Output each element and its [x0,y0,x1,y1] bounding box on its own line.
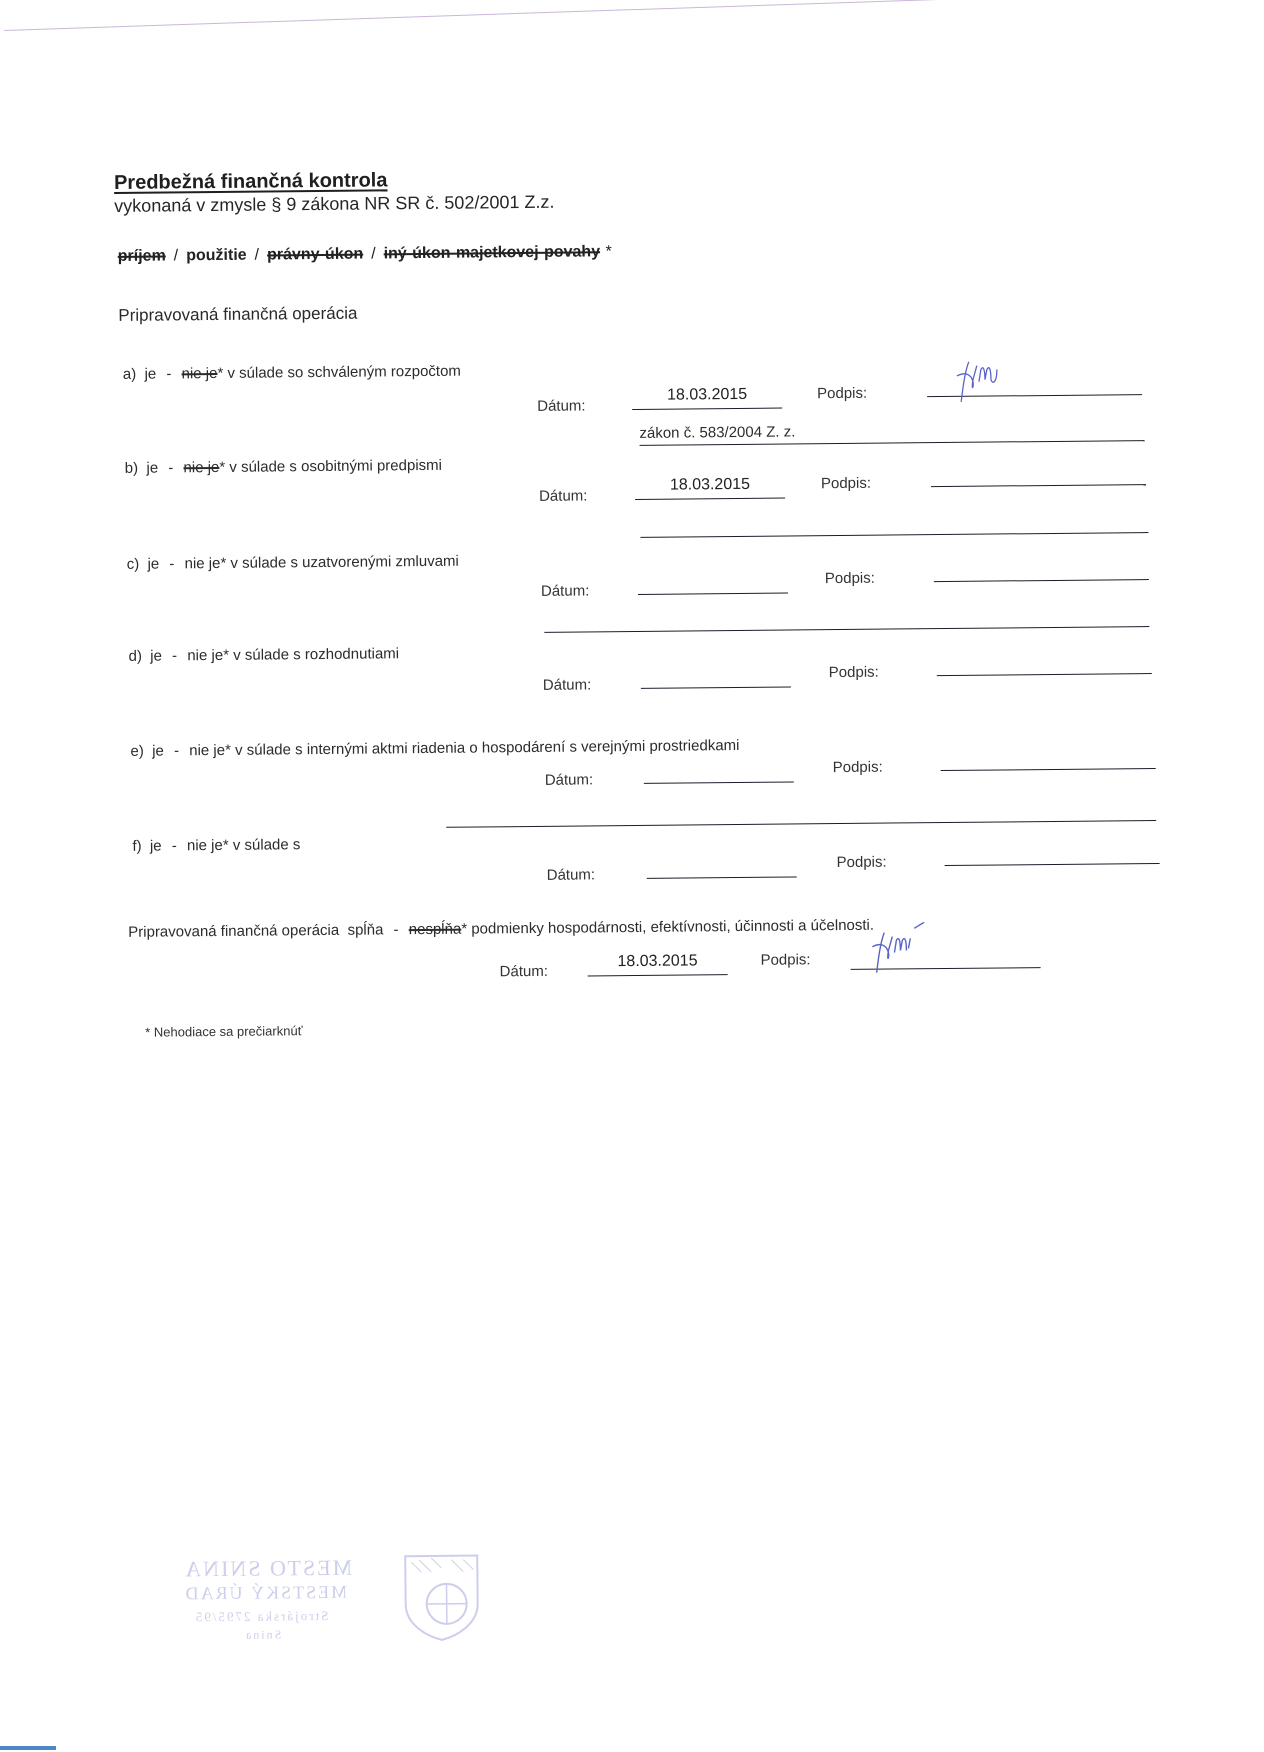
item-text: v súlade s osobitnými predpismi [229,457,442,476]
item-date-label: Dátum: [543,676,592,693]
item-no: nie je [187,647,223,664]
operation-type-options: príjem/použitie/právny úkon/iný úkon maj… [118,243,612,266]
item-date-line [638,593,788,595]
conclusion-date-line [588,974,728,976]
item-text: v súlade s internými aktmi riadenia o ho… [235,737,740,759]
item-signature-label: Podpis: [825,570,875,587]
item-date-label: Dátum: [537,397,586,414]
item-date-value[interactable]: 18.03.2015 [635,476,785,495]
item-yes: je [146,460,158,477]
coat-of-arms-icon [401,1552,482,1643]
item-statement: f) je - nie je* v súlade s [132,836,300,855]
item-no: nie je [189,742,225,759]
item-yes: je [144,366,156,383]
footnote: * Nehodiace sa prečiarknúť [145,1023,302,1040]
item-yes: je [150,648,162,665]
document-title: Predbežná finančná kontrola [114,169,388,195]
municipal-stamp: MESTO SNINA MESTSKÝ ÚRAD Strojárska 2795… [183,1552,474,1645]
item-yes: je [152,743,164,760]
type-prijem: príjem [118,247,166,264]
item-prefix: e) [130,743,144,760]
compliance-item: e) je - nie je* v súlade s internými akt… [0,0,1262,1]
compliance-item: d) je - nie je* v súlade s rozhodnutiami… [0,0,1262,1]
item-signature-line[interactable] [934,579,1149,582]
item-date-line [644,781,794,783]
type-pravny-ukon: právny úkon [267,246,363,264]
item-no: nie je [183,459,219,476]
item-no: nie je [182,365,218,382]
conclusion-yes: spĺňa [347,921,383,938]
item-date-value[interactable] [638,571,788,572]
item-date-label: Dátum: [539,487,588,504]
item-yes: je [150,838,162,855]
item-date-value[interactable] [644,759,794,760]
item-yes: je [147,556,159,573]
compliance-item: c) je - nie je* v súlade s uzatvorenými … [0,0,1262,1]
item-statement: a) je - nie je* v súlade so schváleným r… [123,363,461,383]
item-date-label: Dátum: [541,582,590,599]
item-date-line [635,498,785,500]
item-text: v súlade s [233,836,301,854]
conclusion-date-label: Dátum: [500,963,549,980]
item-statement: b) je - nie je* v súlade s osobitnými pr… [125,457,442,477]
item-text: v súlade so schváleným rozpočtom [227,363,461,382]
item-field-value[interactable]: zákon č. 583/2004 Z. z. [639,423,795,441]
item-signature-label: Podpis: [817,385,867,402]
type-pouzitie: použitie [186,247,247,265]
item-date-label: Dátum: [545,771,594,788]
item-text: v súlade s uzatvorenými zmluvami [230,553,459,572]
item-field-line[interactable] [640,532,1148,538]
item-date-label: Dátum: [547,866,596,883]
item-signature-line[interactable] [945,863,1160,866]
item-prefix: c) [127,556,140,573]
item-prefix: d) [128,648,142,665]
item-signature-label: Podpis: [821,475,871,492]
signature-mark [947,351,1028,407]
compliance-item: f) je - nie je* v súlade s Dátum: Podpis… [0,0,1262,1]
item-prefix: b) [125,460,139,477]
signature-mark [862,922,943,978]
item-field-line[interactable] [544,626,1149,633]
item-field-line[interactable] [446,820,1156,828]
conclusion-no: nespĺňa [409,921,462,939]
intro-text: Pripravovaná finančná operácia [118,304,357,326]
item-text: v súlade s rozhodnutiami [233,645,399,664]
item-statement: e) je - nie je* v súlade s internými akt… [130,737,739,760]
item-signature-label: Podpis: [829,664,879,681]
compliance-item: a) je - nie je* v súlade so schváleným r… [0,0,1262,1]
conclusion-statement: Pripravovaná finančná operácia spĺňa - n… [128,917,874,941]
item-statement: d) je - nie je* v súlade s rozhodnutiami [128,645,399,665]
conclusion-signature-label: Podpis: [760,951,810,968]
item-date-value[interactable] [647,854,797,855]
item-date-line [641,686,791,688]
item-date-value[interactable]: 18.03.2015 [632,386,782,405]
scan-corner-mark [0,1746,56,1750]
item-prefix: f) [132,838,141,855]
item-statement: c) je - nie je* v súlade s uzatvorenými … [127,553,459,573]
item-date-line [632,408,782,410]
document-page: Predbežná finančná kontrola vykonaná v z… [0,0,1264,1752]
conclusion-date-value[interactable]: 18.03.2015 [587,952,727,971]
type-iny-ukon: iný úkon majetkovej povahy [384,243,601,262]
item-no: nie je [184,555,220,572]
item-signature-label: Podpis: [837,854,887,871]
document-subtitle: vykonaná v zmysle § 9 zákona NR SR č. 50… [114,192,554,217]
compliance-item: b) je - nie je* v súlade s osobitnými pr… [0,0,1262,1]
item-signature-label: Podpis: [833,759,883,776]
compliance-items: a) je - nie je* v súlade so schváleným r… [0,0,1262,1]
item-signature-line[interactable] [931,484,1146,487]
item-no: nie je [187,837,223,854]
item-signature-line[interactable] [937,673,1152,676]
item-date-line [647,876,797,878]
item-prefix: a) [123,366,137,383]
item-signature-line[interactable] [941,768,1156,771]
item-date-value[interactable] [641,664,791,665]
